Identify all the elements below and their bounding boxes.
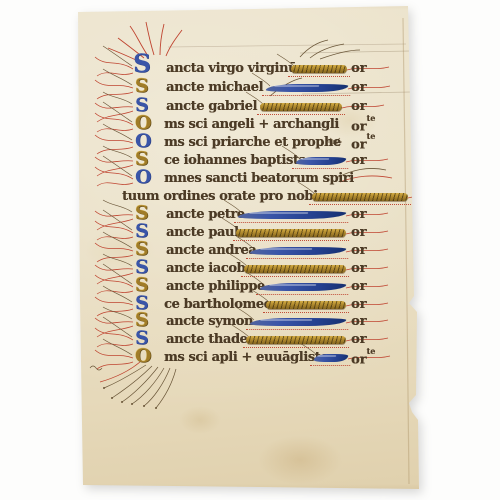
litany-line: S ancte michael or xyxy=(0,79,500,97)
litany-line: S ce bartholomee or xyxy=(0,296,500,314)
litany-text: ancte petre xyxy=(166,207,245,222)
litany-line: O ms sci priarche et prophe orte xyxy=(0,134,500,152)
litany-text: ancte iacobe xyxy=(166,261,253,276)
litany-line: S ancte paule or xyxy=(0,224,500,242)
litany-line: tuum ordines orate pro nobis xyxy=(0,188,500,206)
litany-text: ancte michael xyxy=(166,80,263,95)
litany-line: S ancte petre or xyxy=(0,206,500,224)
ora-abbreviation: or xyxy=(351,297,367,312)
litany-text: ancte thadee xyxy=(166,332,255,347)
litany-line: S ancte andrea or xyxy=(0,242,500,260)
line-filler xyxy=(260,283,347,291)
leaf-shadow: S ancta virgo virginū or S ancte michael… xyxy=(0,0,500,500)
line-filler xyxy=(246,336,346,344)
line-filler xyxy=(312,193,408,201)
litany-text: ancte paule xyxy=(166,225,246,240)
ora-abbreviation: or xyxy=(351,314,367,329)
ora-abbreviation: or xyxy=(351,261,367,276)
text-block: S ancta virgo virginū or S ancte michael… xyxy=(0,0,500,500)
litany-text: ms sci priarche et prophe xyxy=(164,135,341,150)
illuminated-initial: S xyxy=(133,55,151,73)
litany-line: S ce iohannes baptista or xyxy=(0,152,500,170)
litany-text: ms sci angeli + archangli xyxy=(164,117,339,132)
ora-abbreviation: or xyxy=(351,153,367,168)
litany-line: O ms sci apli + euuāgliste orte xyxy=(0,349,500,367)
illuminated-initial: O xyxy=(135,168,152,186)
litany-line: O ms sci angeli + archangli orte xyxy=(0,116,500,134)
litany-text: ancta virgo virginū xyxy=(166,61,297,76)
ora-abbreviation: or xyxy=(351,207,367,222)
photo-backdrop: S ancta virgo virginū or S ancte michael… xyxy=(0,0,500,500)
litany-text: ce iohannes baptista xyxy=(164,153,307,168)
litany-text: ce bartholomee xyxy=(164,297,272,312)
litany-text: tuum ordines orate pro nobis xyxy=(122,189,324,204)
ora-abbreviation: or xyxy=(351,243,367,258)
ora-abbreviation: orte xyxy=(351,135,375,152)
orate-superscript: te xyxy=(367,131,376,141)
litany-text: ancte gabriel xyxy=(166,99,257,114)
ora-abbreviation: or xyxy=(351,99,367,114)
litany-line: S ancta virgo virginū or xyxy=(0,60,500,78)
illuminated-initial: O xyxy=(135,347,152,365)
ora-abbreviation: orte xyxy=(351,350,375,367)
litany-text: ms sci apli + euuāgliste xyxy=(164,350,328,365)
litany-line: S ancte thadee or xyxy=(0,331,500,349)
line-filler xyxy=(244,265,346,273)
line-filler xyxy=(291,65,347,73)
orate-superscript: te xyxy=(367,113,376,123)
line-filler xyxy=(266,301,346,309)
manuscript-leaf: S ancta virgo virginū or S ancte michael… xyxy=(0,0,500,500)
litany-text: ancte symon xyxy=(166,314,253,329)
litany-line: S ancte philippe or xyxy=(0,278,500,296)
litany-line: S ancte symon or xyxy=(0,313,500,331)
ora-abbreviation: or xyxy=(351,80,367,95)
ora-abbreviation: or xyxy=(351,61,367,76)
litany-line: S ancte iacobe or xyxy=(0,260,500,278)
ora-abbreviation: or xyxy=(351,332,367,347)
line-filler xyxy=(314,354,349,362)
illuminated-initial: S xyxy=(135,77,149,95)
line-filler xyxy=(266,84,349,92)
orate-superscript: te xyxy=(367,346,376,356)
line-filler xyxy=(260,103,342,111)
line-filler xyxy=(238,211,347,219)
ora-abbreviation: or xyxy=(351,225,367,240)
line-filler xyxy=(296,157,347,165)
litany-text: ancte philippe xyxy=(166,279,265,294)
litany-text: ancte andrea xyxy=(166,243,256,258)
line-filler xyxy=(250,318,347,326)
ora-abbreviation: or xyxy=(351,279,367,294)
line-filler xyxy=(236,229,346,237)
litany-line: O mnes sancti beatorum spiri xyxy=(0,170,500,188)
litany-line: S ancte gabriel or xyxy=(0,98,500,116)
litany-text: mnes sancti beatorum spiri xyxy=(164,171,354,186)
line-filler xyxy=(250,247,347,255)
